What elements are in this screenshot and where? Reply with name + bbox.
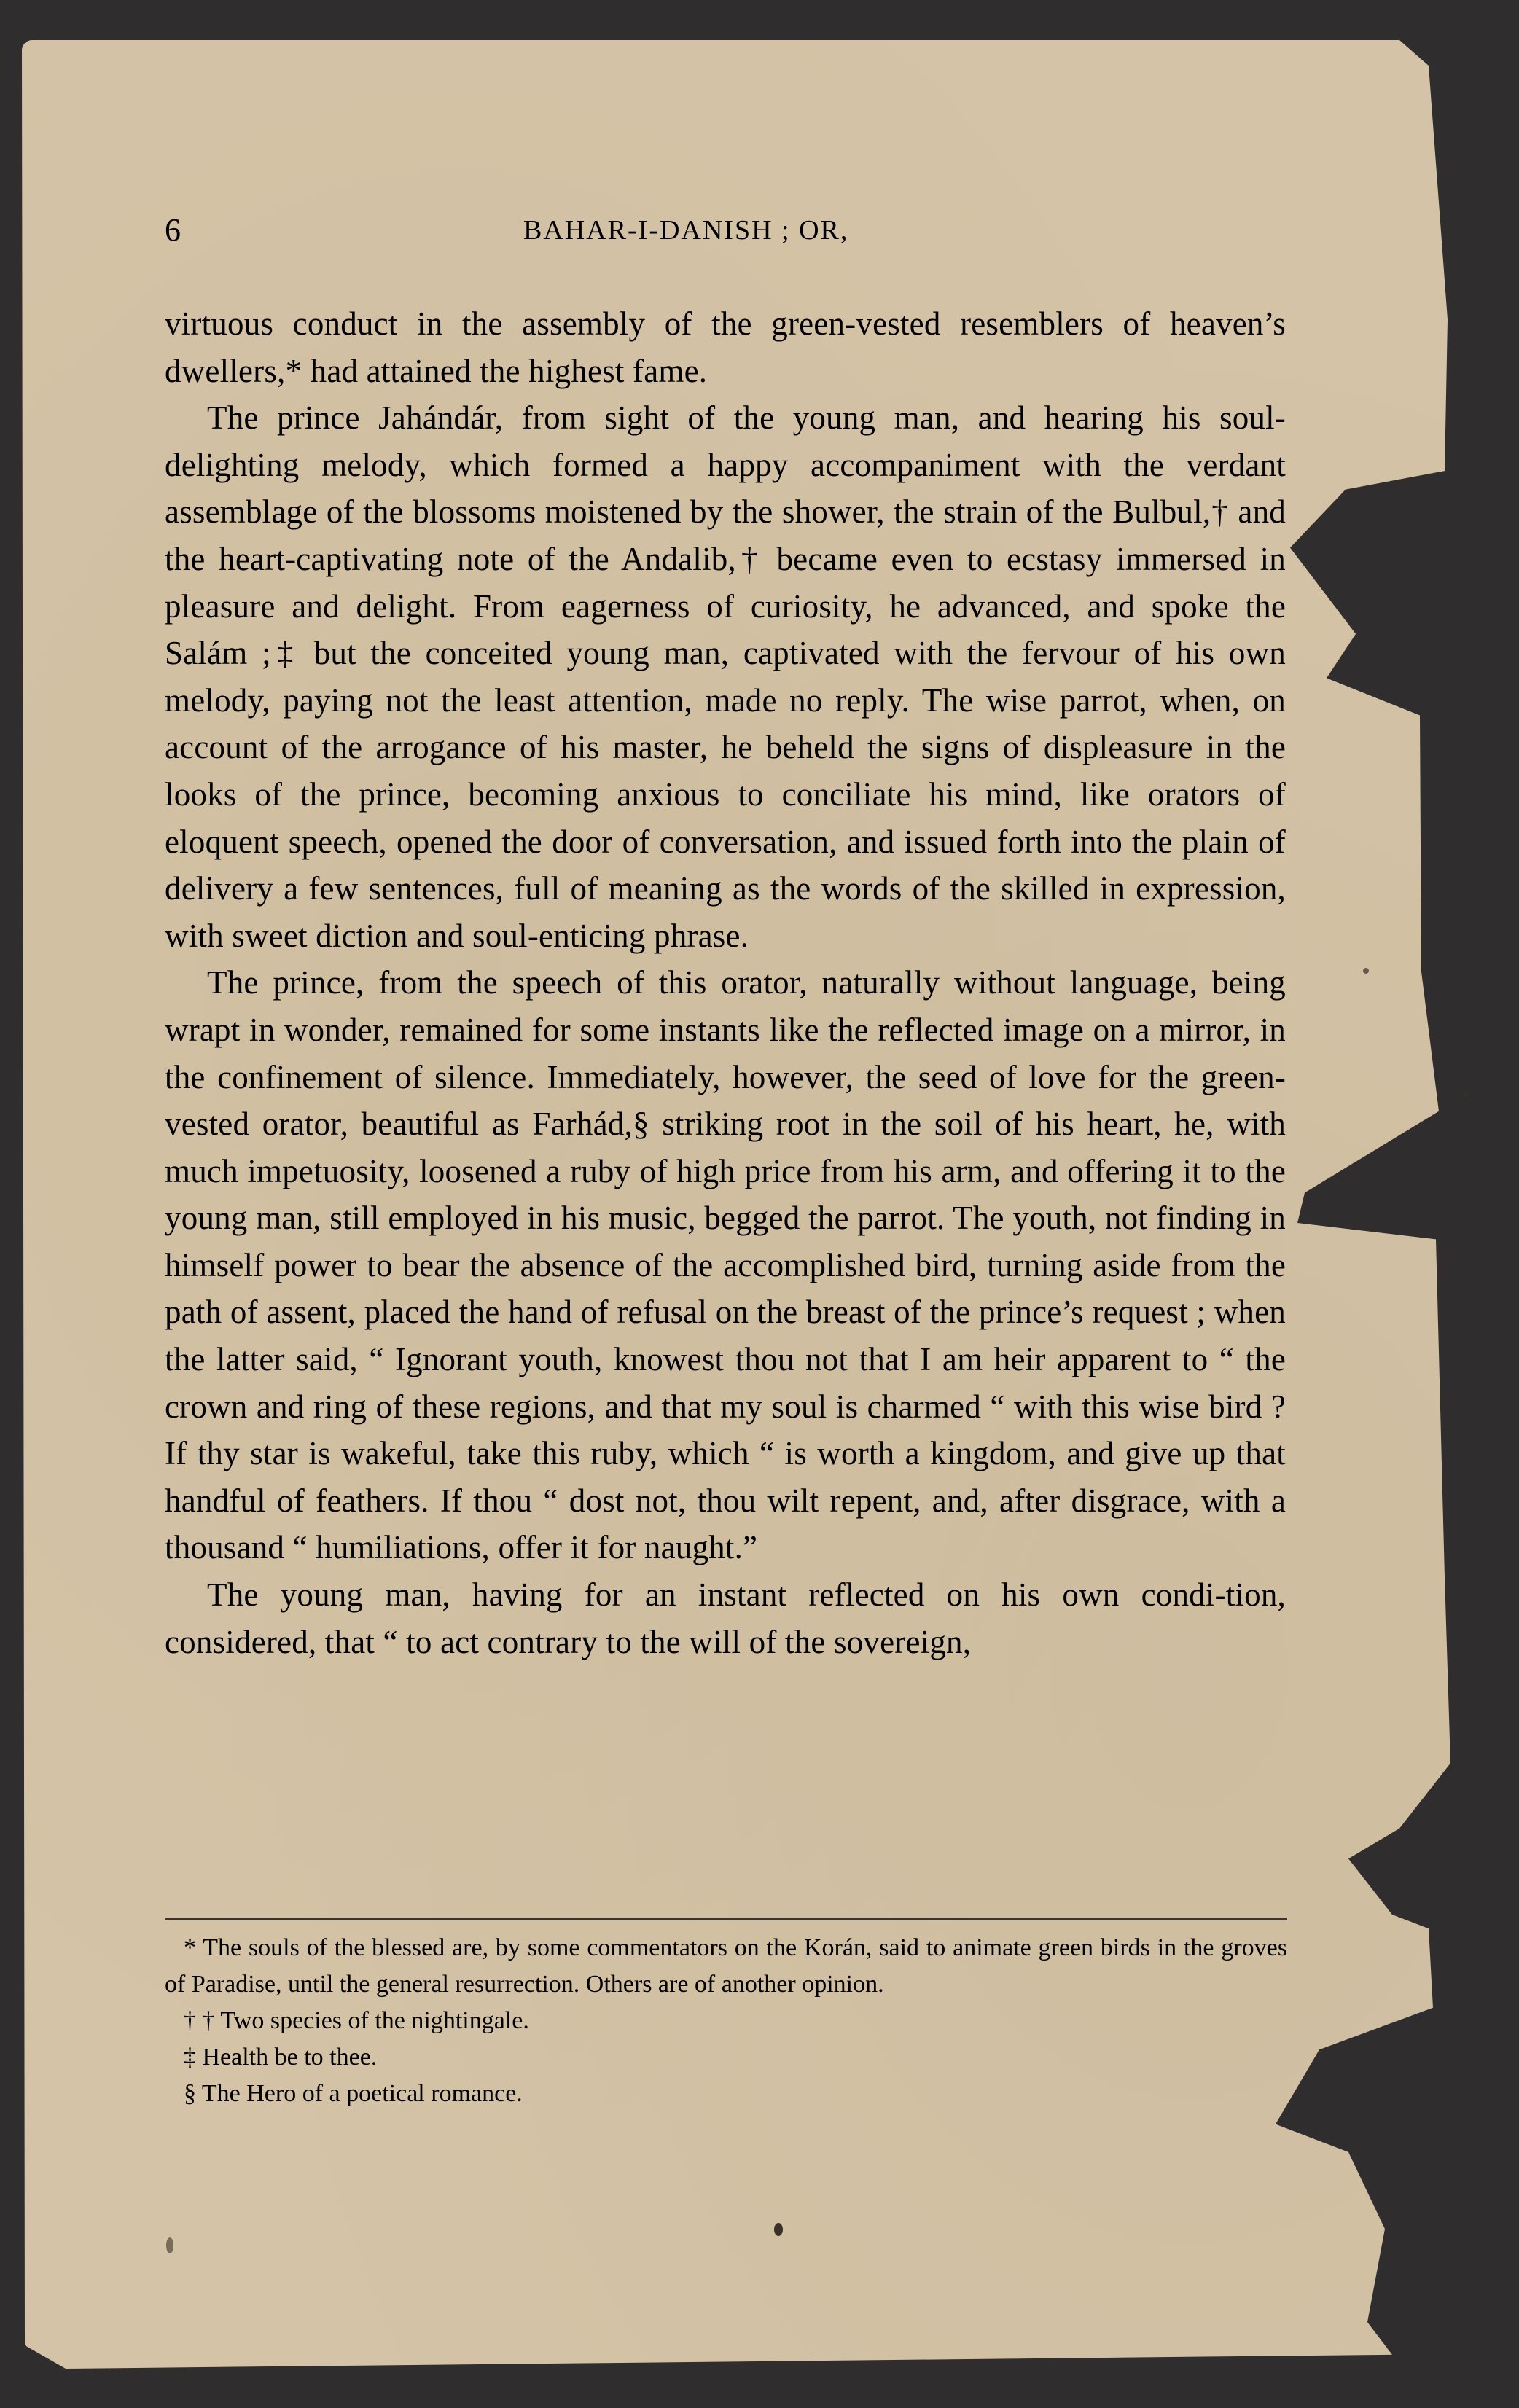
page-number: 6: [165, 211, 181, 249]
footnote-marker: † †: [184, 2007, 215, 2034]
footnote-text: Two species of the nightingale.: [220, 2007, 528, 2034]
footnote-text: The souls of the blessed are, by some co…: [165, 1934, 1287, 1998]
ink-spot: [1363, 968, 1369, 974]
footnote-text: The Hero of a poetical romance.: [202, 2080, 523, 2107]
body-text: virtuous conduct in the assembly of the …: [165, 300, 1286, 1665]
ink-spot: [1462, 1093, 1468, 1098]
footnote-marker: *: [184, 1934, 196, 1961]
paragraph: The prince Jahándár, from sight of the y…: [165, 394, 1286, 959]
footnote-text: Health be to thee.: [203, 2044, 378, 2071]
paragraph: The prince, from the speech of this orat…: [165, 959, 1286, 1571]
footnote-marker: §: [184, 2080, 196, 2107]
paragraph: virtuous conduct in the assembly of the …: [165, 300, 1286, 394]
ink-spot: [166, 2237, 173, 2253]
ink-spot: [774, 2223, 783, 2236]
footnote: † † Two species of the nightingale.: [165, 2003, 1287, 2039]
footnote: * The souls of the blessed are, by some …: [165, 1930, 1287, 2003]
footnote-divider: [165, 1918, 1287, 1920]
paragraph: The young man, having for an instant ref…: [165, 1571, 1286, 1665]
footnote: ‡ Health be to thee.: [165, 2039, 1287, 2076]
running-head-title: BAHAR-I-DANISH ; OR,: [523, 214, 848, 246]
footnote-marker: ‡: [184, 2044, 196, 2071]
footnote: § The Hero of a poetical romance.: [165, 2076, 1287, 2112]
footnotes: * The souls of the blessed are, by some …: [165, 1930, 1287, 2112]
